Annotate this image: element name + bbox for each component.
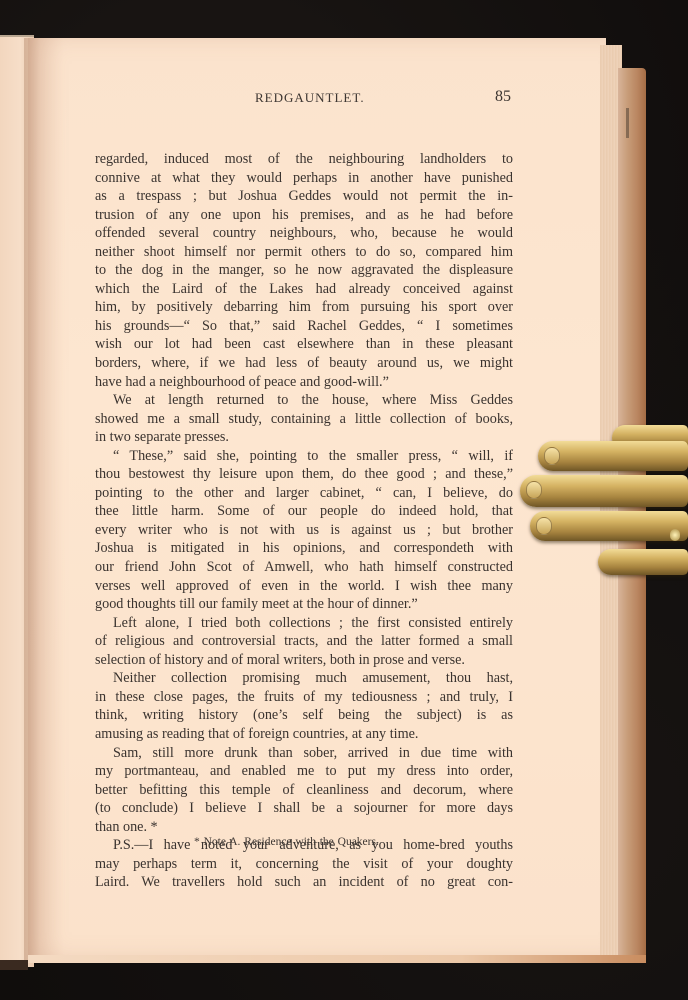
text-line: “ These,” said she, pointing to the smal…	[95, 447, 513, 466]
text-line: neither shoot himself nor permit others …	[95, 243, 513, 262]
ring-icon	[670, 529, 680, 541]
text-line: every writer who is not with us is again…	[95, 521, 513, 540]
page-gutter-shadow	[24, 38, 64, 963]
text-line: Joshua is mitigated in his opinions, and…	[95, 539, 513, 558]
text-line: which the Laird of the Lakes had already…	[95, 280, 513, 299]
running-title: REDGAUNTLET.	[255, 90, 365, 106]
text-line: in two separate presses.	[95, 428, 513, 447]
text-line: verses well approved of even in the worl…	[95, 577, 513, 596]
text-line: wish our lot had been cast elsewhere tha…	[95, 335, 513, 354]
text-line: his grounds—“ So that,” said Rachel Gedd…	[95, 317, 513, 336]
text-line: good thoughts till our family meet at th…	[95, 595, 513, 614]
text-line: as a trespass ; but Joshua Geddes would …	[95, 187, 513, 206]
text-line: Sam, still more drunk than sober, arrive…	[95, 744, 513, 763]
text-line: my portmanteau, and enabled me to put my…	[95, 762, 513, 781]
text-line: than one. *	[95, 818, 513, 837]
text-line: think, writing history (one’s self being…	[95, 706, 513, 725]
text-line: connive at what they would perhaps in an…	[95, 169, 513, 188]
finger-little	[598, 549, 688, 575]
finger-middle	[520, 475, 688, 507]
finger-index	[538, 441, 688, 471]
cover-corner	[0, 960, 28, 970]
text-line: showed me a small study, containing a li…	[95, 410, 513, 429]
text-line: thee little harm. Some of our people do …	[95, 502, 513, 521]
text-line: trusion of any one upon his premises, an…	[95, 206, 513, 225]
brass-hand-bookstop-icon	[520, 425, 688, 577]
text-line: (to conclude) I believe I shall be a soj…	[95, 799, 513, 818]
finger-ring	[530, 511, 688, 541]
text-line: of religious and controversial tracts, a…	[95, 632, 513, 651]
text-line: him, by positively debarring him from pu…	[95, 298, 513, 317]
text-line: borders, where, if we had less of beauty…	[95, 354, 513, 373]
text-line: in these close pages, the fruits of my t…	[95, 688, 513, 707]
page-bottom-edge	[28, 955, 646, 963]
text-line: We at length returned to the house, wher…	[95, 391, 513, 410]
text-line: selection of history and of moral writer…	[95, 651, 513, 670]
body-text: regarded, induced most of the neighbouri…	[95, 150, 513, 892]
text-line: Left alone, I tried both collections ; t…	[95, 614, 513, 633]
running-head: REDGAUNTLET. 85	[0, 86, 688, 106]
text-line: our friend John Scot of Amwell, who hath…	[95, 558, 513, 577]
page-number: 85	[495, 88, 511, 106]
text-line: regarded, induced most of the neighbouri…	[95, 150, 513, 169]
text-line: pointing to the other and larger cabinet…	[95, 484, 513, 503]
text-line: better befitting this temple of cleanlin…	[95, 781, 513, 800]
text-line: thou bestowest thy leisure upon them, do…	[95, 465, 513, 484]
text-line: offended several country neighbours, who…	[95, 224, 513, 243]
text-line: Neither collection promising much amusem…	[95, 669, 513, 688]
text-line: may perhaps term it, concerning the visi…	[95, 855, 513, 874]
text-line: Laird. We travellers hold such an incide…	[95, 873, 513, 892]
text-line: amusing as reading that of foreign count…	[95, 725, 513, 744]
text-line: to the dog in the manger, so he now aggr…	[95, 261, 513, 280]
text-line: have had a neighbourhood of peace and go…	[95, 373, 513, 392]
footnote: * Note A. Residence with the Quakers.	[194, 836, 379, 848]
